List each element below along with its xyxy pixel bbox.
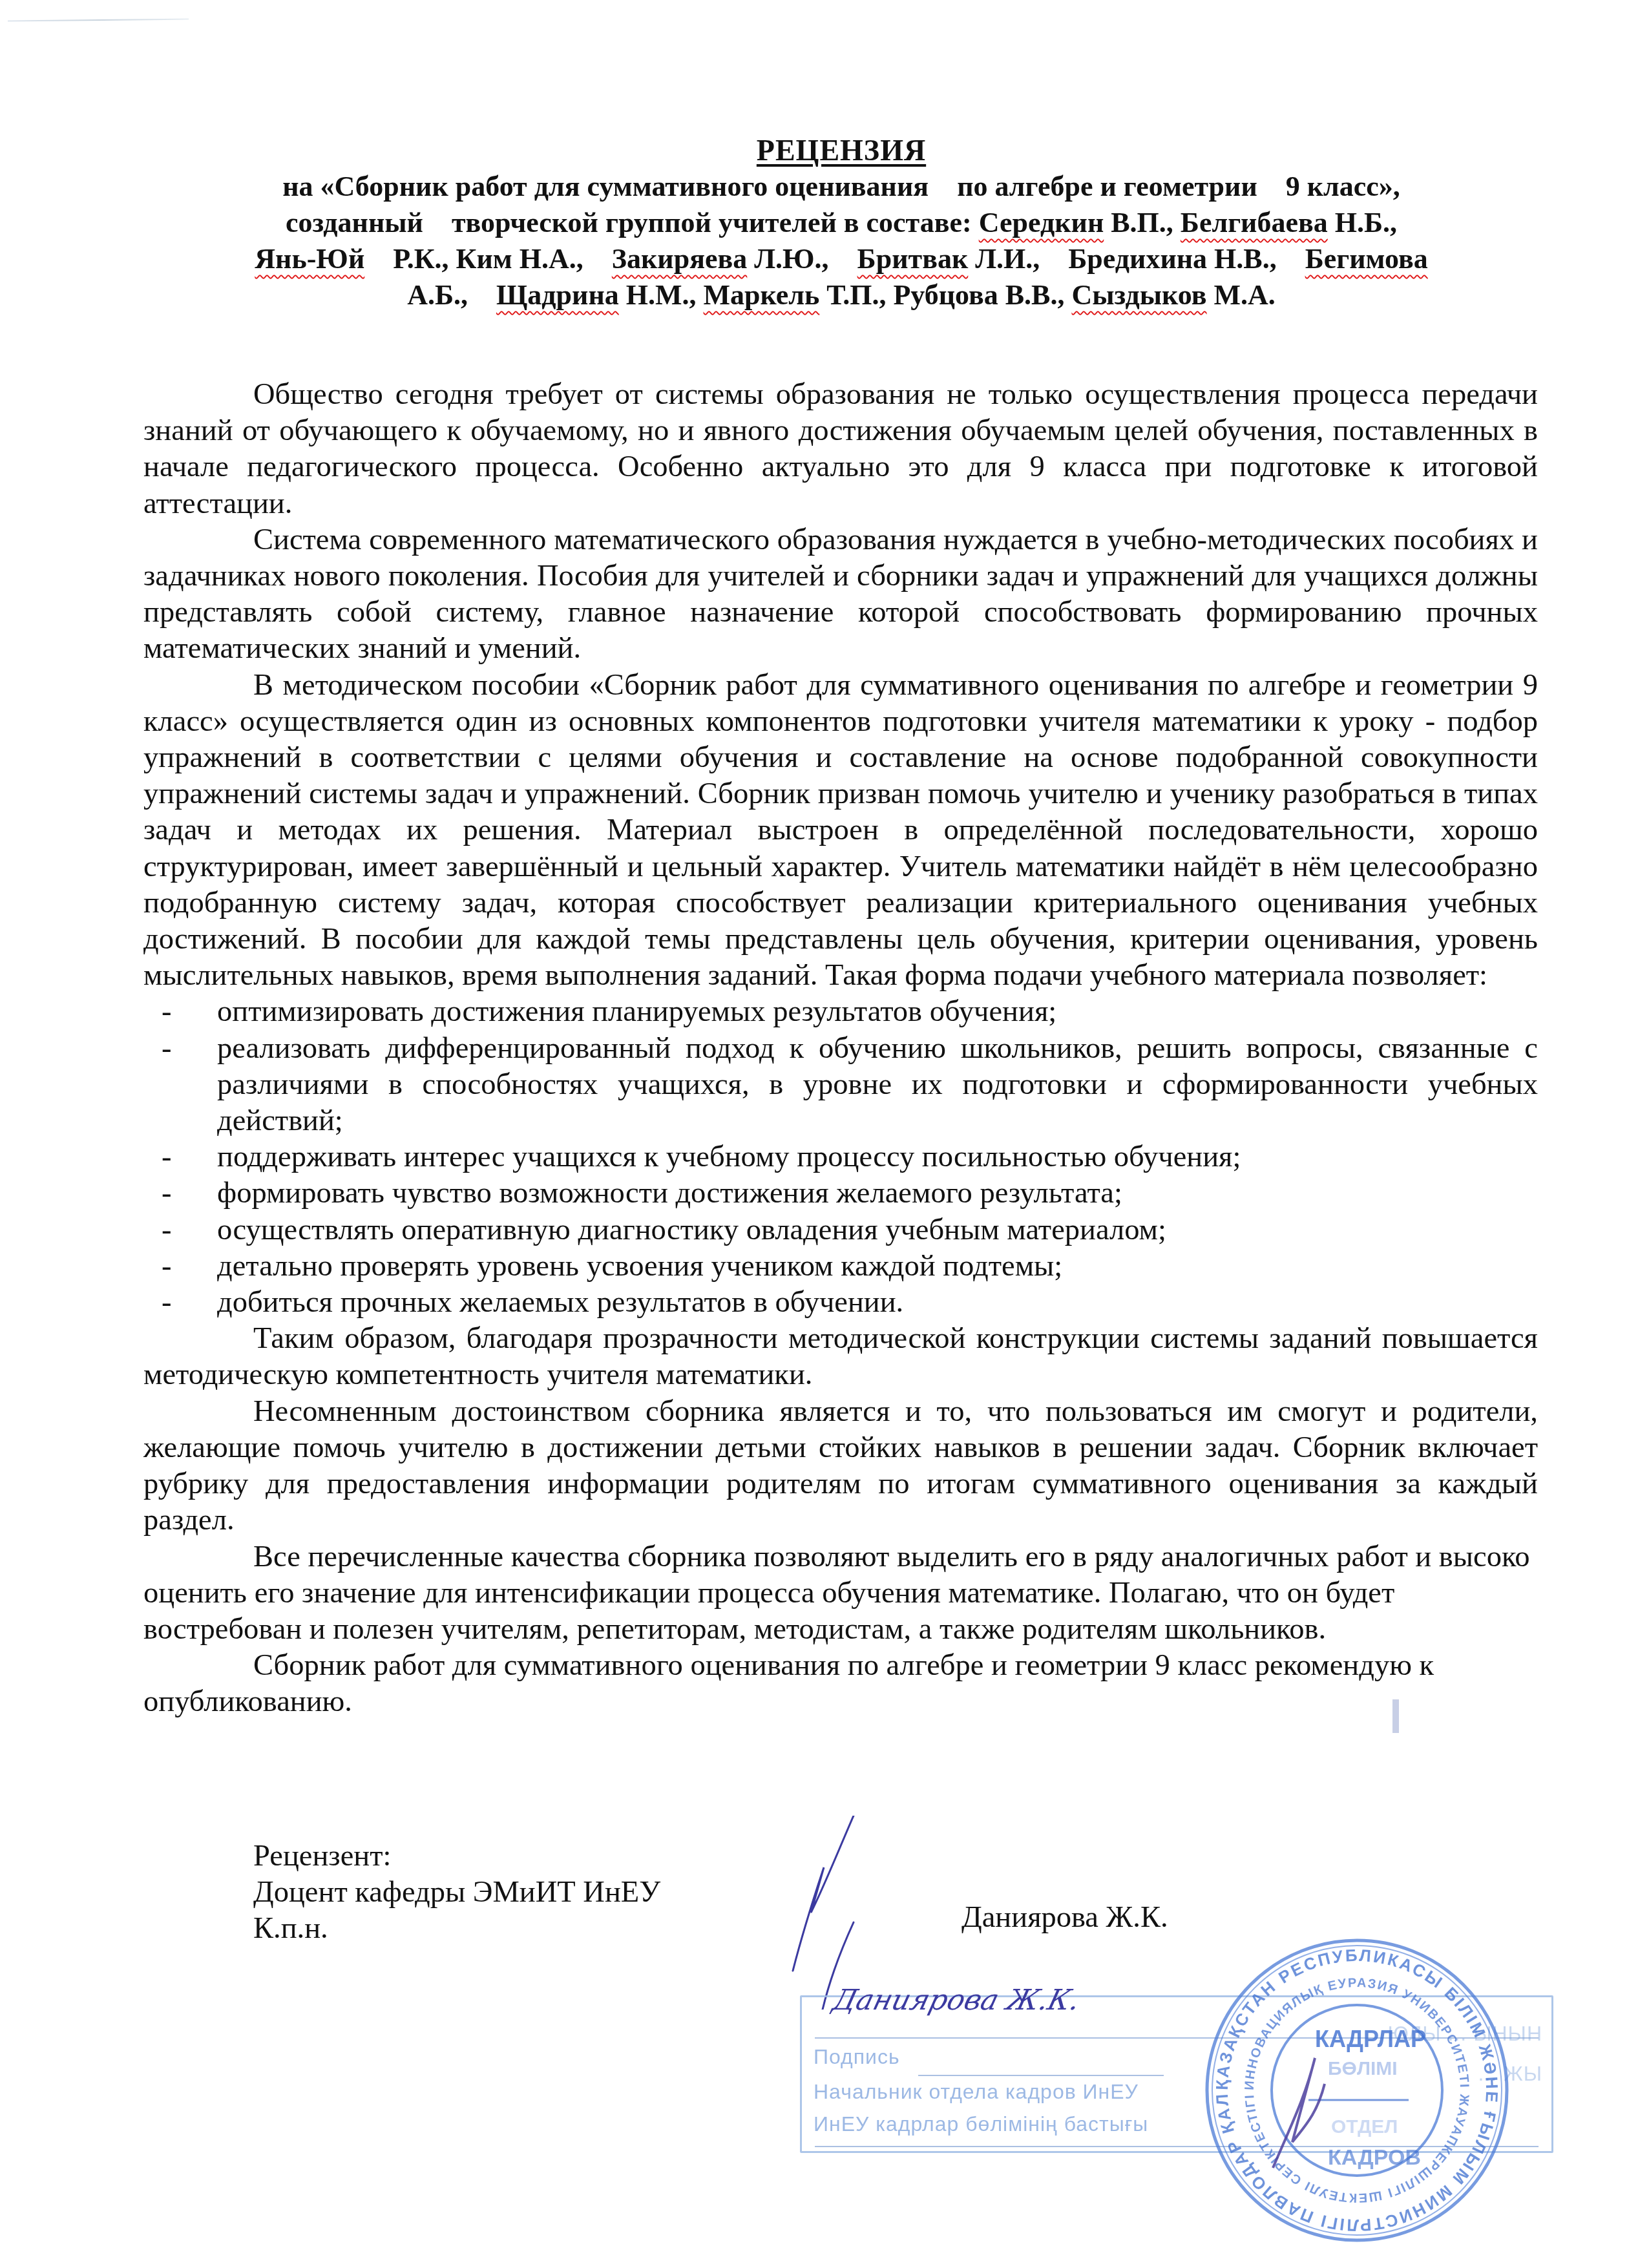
reviewer-name: Даниярова Ж.К. bbox=[961, 1900, 1168, 1936]
scan-artifact-mark bbox=[1392, 1699, 1399, 1733]
seal-ring-icon: ҚАЗАҚСТАН РЕСПУБЛИКАСЫ БІЛІМ ЖӘНЕ ҒЫЛЫМ … bbox=[1195, 1929, 1518, 2252]
reviewer-degree: К.п.н. bbox=[253, 1911, 660, 1947]
scan-artifact-line bbox=[8, 19, 189, 22]
spellcheck-flagged-word: Сыздыков bbox=[1071, 279, 1206, 311]
seal-center-line: ОТДЕЛ bbox=[1331, 2116, 1398, 2138]
list-item: -поддерживать интерес учащихся к учебном… bbox=[143, 1139, 1538, 1175]
benefits-list: -оптимизировать достижения планируемых р… bbox=[143, 994, 1538, 1321]
seal-center-line: КАДРОВ bbox=[1328, 2145, 1421, 2170]
paragraph: Система современного математического обр… bbox=[143, 522, 1538, 667]
svg-text:ИННОВАЦИЯЛЫҚ ЕУРАЗИЯ УНИВЕРСИТ: ИННОВАЦИЯЛЫҚ ЕУРАЗИЯ УНИВЕРСИТЕТІ ЖАУАПК… bbox=[1243, 1976, 1471, 2205]
reviewer-position: Доцент кафедры ЭМиИТ ИнЕУ bbox=[253, 1874, 660, 1911]
dash-bullet-icon: - bbox=[162, 994, 172, 1030]
review-subject-subtitle: на «Сборник работ для суммативного оцени… bbox=[143, 169, 1539, 313]
stamp-divider bbox=[918, 2075, 1164, 2076]
svg-text:ҚАЗАҚСТАН РЕСПУБЛИКАСЫ БІЛІМ Ж: ҚАЗАҚСТАН РЕСПУБЛИКАСЫ БІЛІМ ЖӘНЕ ҒЫЛЫМ … bbox=[1195, 1929, 1502, 2235]
seal-center-line: КАДРЛАР bbox=[1315, 2026, 1426, 2053]
paragraph: Несомненным достоинством сборника являет… bbox=[143, 1394, 1538, 1539]
paragraph: Общество сегодня требует от системы обра… bbox=[143, 377, 1538, 522]
recommendation-paragraph: Сборник работ для суммативного оценивани… bbox=[143, 1648, 1538, 1720]
seal-center-line: БӨЛІМІ bbox=[1328, 2058, 1398, 2080]
paragraph: В методическом пособии «Сборник работ дл… bbox=[143, 667, 1538, 994]
stamp-line: ИнЕУ кадрлар бөлімінің бастығы bbox=[814, 2112, 1148, 2136]
stamp-line: Начальник отдела кадров ИнЕУ bbox=[814, 2080, 1139, 2104]
subtitle-line: на «Сборник работ для суммативного оцени… bbox=[143, 169, 1539, 205]
handwritten-signature-icon bbox=[792, 1816, 869, 2010]
document-body: Общество сегодня требует от системы обра… bbox=[143, 377, 1538, 1721]
dash-bullet-icon: - bbox=[162, 1175, 172, 1212]
spellcheck-flagged-word: Закиряева bbox=[612, 243, 748, 275]
official-seal: ҚАЗАҚСТАН РЕСПУБЛИКАСЫ БІЛІМ ЖӘНЕ ҒЫЛЫМ … bbox=[1195, 1929, 1518, 2252]
list-item: -реализовать дифференцированный подход к… bbox=[143, 1031, 1538, 1140]
dash-bullet-icon: - bbox=[162, 1248, 172, 1285]
stamp-line: Подпись bbox=[814, 2045, 900, 2069]
subtitle-line: А.Б., Щадрина Н.М., Маркель Т.П., Рубцов… bbox=[143, 277, 1539, 313]
list-item: -детально проверять уровень усвоения уче… bbox=[143, 1248, 1538, 1285]
spellcheck-flagged-word: Бегимова bbox=[1305, 243, 1428, 275]
list-item: -добиться прочных желаемых результатов в… bbox=[143, 1285, 1538, 1321]
dash-bullet-icon: - bbox=[162, 1031, 172, 1067]
reviewer-info: Рецензент: Доцент кафедры ЭМиИТ ИнЕУ К.п… bbox=[253, 1838, 660, 1948]
spellcheck-flagged-word: Щадрина bbox=[496, 279, 619, 311]
list-item: -осуществлять оперативную диагностику ов… bbox=[143, 1212, 1538, 1248]
paragraph: Таким образом, благодаря прозрачности ме… bbox=[143, 1321, 1538, 1393]
spellcheck-flagged-word: Бритвак bbox=[857, 243, 969, 275]
page-title: РЕЦЕНЗИЯ bbox=[143, 132, 1539, 169]
spellcheck-flagged-word: Белгибаева bbox=[1181, 207, 1328, 238]
spellcheck-flagged-word: Маркель bbox=[704, 279, 820, 311]
document-header: РЕЦЕНЗИЯ на «Сборник работ для суммативн… bbox=[143, 132, 1539, 313]
paragraph: Все перечисленные качества сборника позв… bbox=[143, 1539, 1538, 1648]
dash-bullet-icon: - bbox=[162, 1139, 172, 1175]
spellcheck-flagged-word: Середкин bbox=[979, 207, 1104, 238]
dash-bullet-icon: - bbox=[162, 1212, 172, 1248]
list-item: -формировать чувство возможности достиже… bbox=[143, 1175, 1538, 1212]
reviewer-label: Рецензент: bbox=[253, 1838, 660, 1874]
subtitle-line: созданный творческой группой учителей в … bbox=[143, 205, 1539, 241]
dash-bullet-icon: - bbox=[162, 1285, 172, 1321]
handwritten-name: Даниярова Ж.К. bbox=[830, 1984, 1084, 2017]
spellcheck-flagged-word: Янь-Юй bbox=[255, 243, 364, 275]
subtitle-line: Янь-Юй Р.К., Ким Н.А., Закиряева Л.Ю., Б… bbox=[143, 241, 1539, 277]
list-item: -оптимизировать достижения планируемых р… bbox=[143, 994, 1538, 1030]
